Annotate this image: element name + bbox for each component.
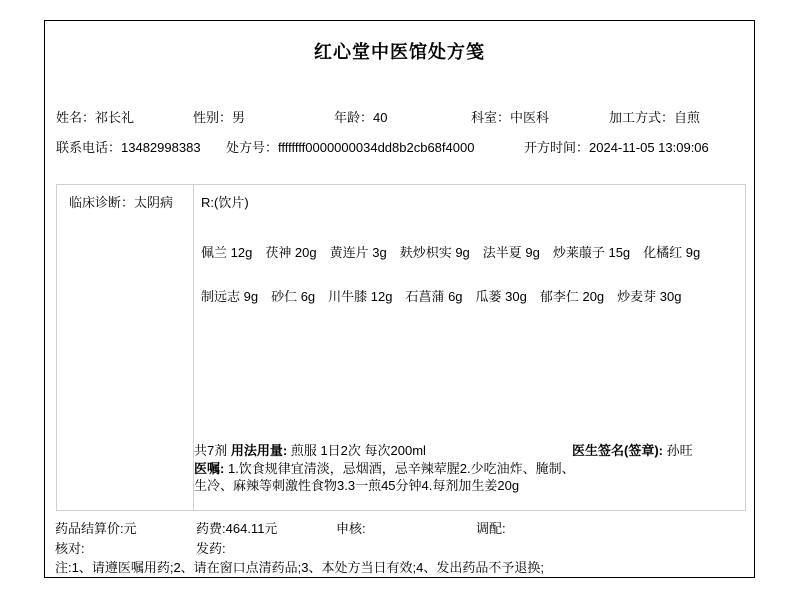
diagnosis-field: 临床诊断：太阴病	[69, 195, 173, 210]
phone-value: 13482998383	[121, 140, 201, 155]
doctor-signature-label: 医生签名(签章):	[572, 443, 663, 458]
usage-value: 煎服 1日2次 每次200ml	[291, 443, 426, 458]
page-title: 红心堂中医馆处方笺	[45, 38, 754, 64]
herb-item: 化橘红 9g	[643, 245, 700, 260]
herb-item: 郁李仁 20g	[540, 289, 604, 304]
patient-name-label: 姓名：	[56, 110, 95, 125]
herb-item: 石菖蒲 6g	[405, 289, 462, 304]
footer-note: 注:1、请遵医嘱用药;2、请在窗口点清药品;3、本处方当日有效;4、发出药品不予…	[55, 560, 544, 575]
medical-advice-label: 医嘱:	[194, 461, 224, 476]
herb-item: 砂仁 6g	[271, 289, 315, 304]
rx-header: R:(饮片)	[201, 195, 249, 210]
total-doses: 共7剂	[194, 443, 227, 458]
patient-name-field: 姓名：祁长礼	[56, 110, 134, 125]
patient-age-label: 年龄：	[334, 110, 373, 125]
processing-method-value: 自煎	[674, 110, 700, 125]
herb-item: 炒麦芽 30g	[617, 289, 681, 304]
medicine-fee-value: 464.11元	[226, 521, 278, 536]
medical-advice: 医嘱: 1.饮食规律宜清淡，忌烟酒，忌辛辣荤腥2.少吃油炸、腌制、生冷、麻辣等刺…	[194, 460, 576, 494]
rx-number-value: ffffffff0000000034dd8b2cb68f4000	[278, 140, 474, 155]
check-field: 核对:	[55, 541, 85, 556]
herb-item: 麸炒枳实 9g	[400, 245, 470, 260]
patient-age-field: 年龄：40	[334, 110, 387, 125]
processing-method-label: 加工方式：	[609, 110, 674, 125]
patient-name-value: 祁长礼	[95, 110, 134, 125]
herb-item: 黄连片 3g	[330, 245, 387, 260]
dispense-field: 调配:	[476, 521, 506, 536]
herb-item: 炒莱菔子 15g	[553, 245, 630, 260]
settlement-price-field: 药品结算价:元	[55, 521, 137, 536]
issue-time-value: 2024-11-05 13:09:06	[589, 140, 709, 155]
check-label: 核对:	[55, 541, 85, 556]
medicine-fee-label: 药费:	[196, 521, 226, 536]
herb-item: 川牛膝 12g	[328, 289, 392, 304]
doctor-signature: 医生签名(签章): 孙旺	[572, 443, 693, 458]
herb-line-2: 制远志 9g砂仁 6g川牛膝 12g石菖蒲 6g瓜蒌 30g郁李仁 20g炒麦芽…	[201, 289, 694, 304]
patient-department-value: 中医科	[510, 110, 549, 125]
issue-field: 发药:	[196, 541, 226, 556]
medical-advice-text: 1.饮食规律宜清淡，忌烟酒，忌辛辣荤腥2.少吃油炸、腌制、生冷、麻辣等刺激性食物…	[194, 461, 575, 493]
rx-number-field: 处方号：ffffffff0000000034dd8b2cb68f4000	[226, 140, 474, 155]
patient-department-label: 科室：	[471, 110, 510, 125]
patient-gender-field: 性别：男	[193, 110, 245, 125]
review-field: 申核:	[336, 521, 366, 536]
prescription-page: 红心堂中医馆处方笺 姓名：祁长礼 性别：男 年龄：40 科室：中医科 加工方式：…	[0, 0, 800, 600]
processing-method-field: 加工方式：自煎	[609, 110, 700, 125]
patient-department-field: 科室：中医科	[471, 110, 549, 125]
doctor-signature-value: 孙旺	[667, 443, 693, 458]
herb-line-1: 佩兰 12g茯神 20g黄连片 3g麸炒枳实 9g法半夏 9g炒莱菔子 15g化…	[201, 245, 713, 260]
prescription-sheet: 红心堂中医馆处方笺 姓名：祁长礼 性别：男 年龄：40 科室：中医科 加工方式：…	[44, 20, 755, 578]
diagnosis-label: 临床诊断：	[69, 195, 134, 210]
review-label: 申核:	[336, 521, 366, 536]
herb-item: 法半夏 9g	[483, 245, 540, 260]
settlement-price-label: 药品结算价:	[55, 521, 124, 536]
phone-field: 联系电话：13482998383	[56, 140, 201, 155]
issue-time-label: 开方时间：	[524, 140, 589, 155]
herb-item: 制远志 9g	[201, 289, 258, 304]
herb-item: 佩兰 12g	[201, 245, 252, 260]
patient-age-value: 40	[373, 110, 387, 125]
usage-line: 共7剂 用法用量: 煎服 1日2次 每次200ml	[194, 443, 426, 458]
diagnosis-value: 太阴病	[134, 195, 173, 210]
rx-number-label: 处方号：	[226, 140, 278, 155]
settlement-price-value: 元	[124, 521, 137, 536]
usage-label: 用法用量:	[231, 443, 287, 458]
issue-time-field: 开方时间：2024-11-05 13:09:06	[524, 140, 709, 155]
dispense-label: 调配:	[476, 521, 506, 536]
prescription-box: 临床诊断：太阴病 R:(饮片) 佩兰 12g茯神 20g黄连片 3g麸炒枳实 9…	[56, 184, 746, 511]
herb-item: 瓜蒌 30g	[476, 289, 527, 304]
phone-label: 联系电话：	[56, 140, 121, 155]
medicine-fee-field: 药费:464.11元	[196, 521, 277, 536]
herb-item: 茯神 20g	[265, 245, 316, 260]
patient-gender-value: 男	[232, 110, 245, 125]
issue-label: 发药:	[196, 541, 226, 556]
patient-gender-label: 性别：	[193, 110, 232, 125]
